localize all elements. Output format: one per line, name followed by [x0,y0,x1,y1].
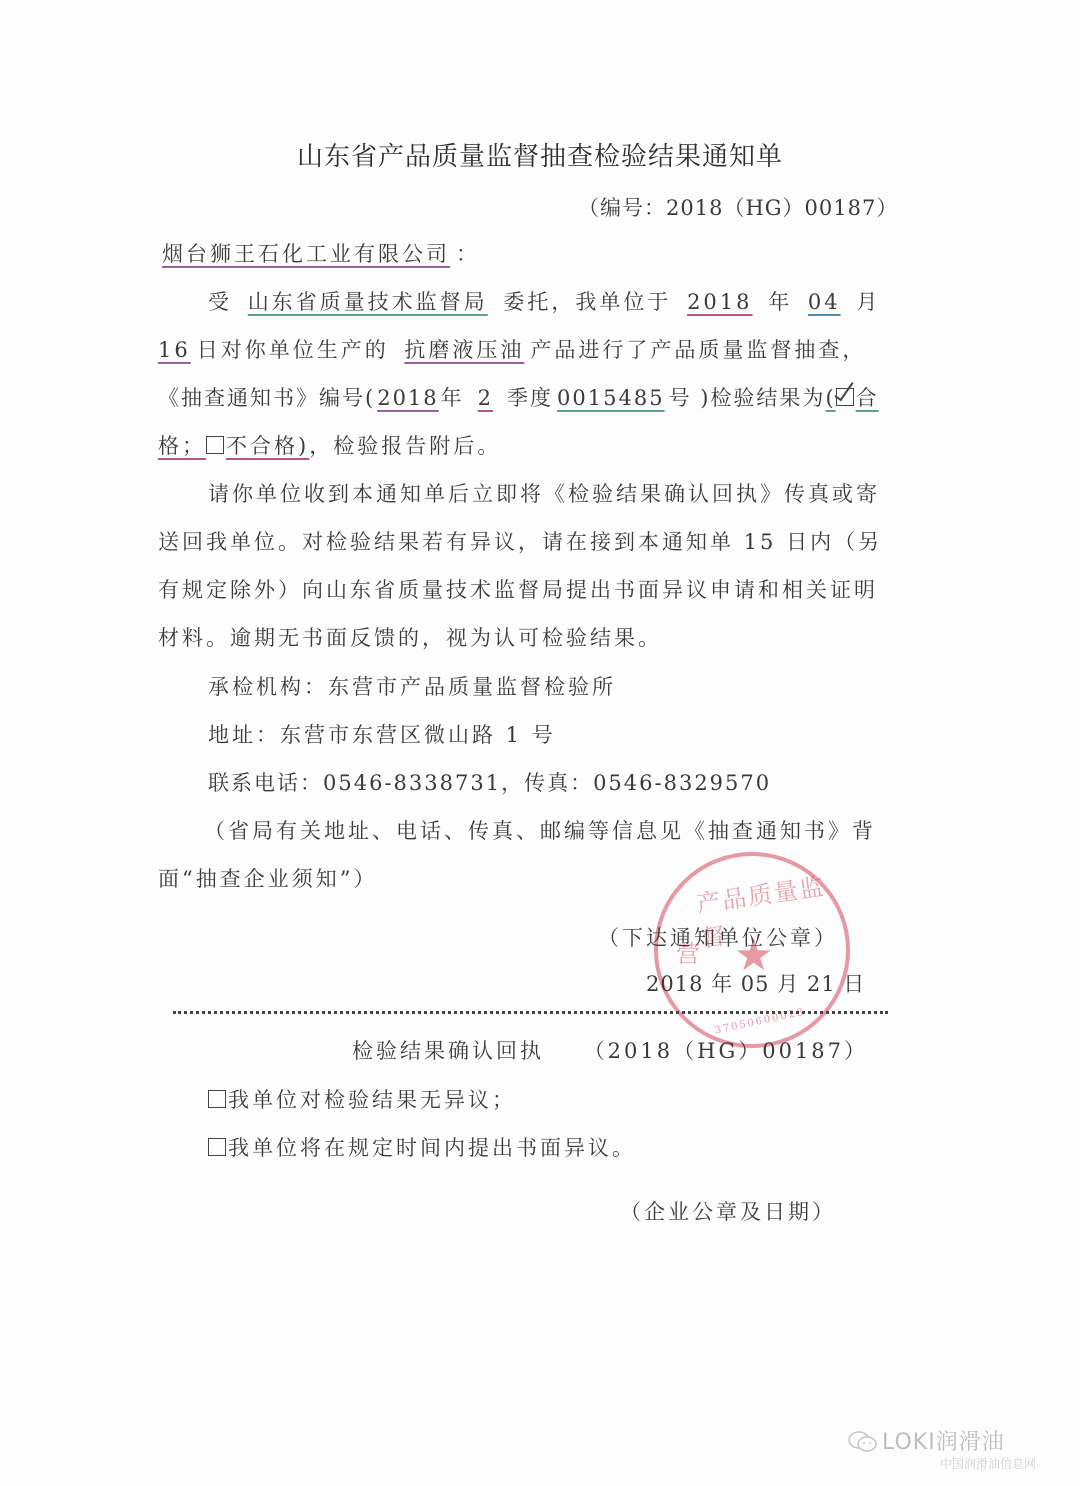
recipient-line: 烟台狮王石化工业有限公司： [158,238,480,268]
document-number: （编号：2018（HG）00187） [578,192,898,222]
paragraph1-line2: 16日对你单位生产的 抗磨液压油产品进行了产品质量监督抽查， [158,334,866,364]
tear-off-divider [173,1011,888,1014]
seal-caption: （下达通知单位公章） [598,922,838,952]
paragraph2-line1: 请你单位收到本通知单后立即将《检验结果确认回执》传真或寄 [208,478,880,508]
result-pass-option: (合 [825,386,878,410]
receipt-title-line: 检验结果确认回执 （2018（HG）00187） [352,1035,868,1065]
recipient-company: 烟台狮王石化工业有限公司 [158,242,456,266]
checkbox-icon[interactable] [208,1090,226,1108]
page-title: 山东省产品质量监督抽查检验结果通知单 [0,136,1080,173]
paragraph1-line4: 格；不合格)，检验报告附后。 [158,430,501,460]
authority-field: 山东省质量技术监督局 [242,290,494,314]
quarter-field: 2 [464,386,507,410]
institution-address: 地址：东营市东营区微山路 1 号 [208,719,556,749]
paragraph2-line3: 有规定除外）向山东省质量技术监督局提出书面异议申请和相关证明 [158,574,878,604]
watermark: LOKI润滑油 中国润滑油信息网 [848,1425,1005,1456]
receipt-title: 检验结果确认回执 [352,1039,544,1063]
contact-info: 联系电话：0546-8338731，传真：0546-8329570 [208,767,771,797]
pass-checkbox-checked-icon [836,388,854,406]
receipt-option-no-objection[interactable]: 我单位对检验结果无异议； [208,1084,516,1114]
day-field: 16 [158,338,197,362]
watermark-subtitle: 中国润滑油信息网 [940,1455,1036,1472]
paragraph2-line2: 送回我单位。对检验结果若有异议，请在接到本通知单 15 日内（另 [158,526,882,556]
receipt-number: （2018（HG）00187） [584,1039,868,1063]
paragraph1-line1: 受 山东省质量技术监督局 委托，我单位于 2018 年 04 月 [208,286,880,316]
result-fail-option: 格；不合格) [158,434,309,458]
signature-caption: （企业公章及日期） [620,1196,836,1226]
year-field: 2018 [681,290,758,314]
note-line2: 面“抽查企业须知”） [158,863,377,893]
notice-number-field: 0015485 [553,386,669,410]
document-page: 山东省产品质量监督抽查检验结果通知单 （编号：2018（HG）00187） 烟台… [0,0,1080,1486]
note-line1: （省局有关地址、电话、传真、邮编等信息见《抽查通知书》背 [204,815,876,845]
month-field: 04 [802,290,847,314]
receipt-option-objection[interactable]: 我单位将在规定时间内提出书面异议。 [208,1132,636,1162]
paragraph1-line3: 《抽查通知书》编号(2018年2季度0015485号 )检验结果为(合 [158,382,879,412]
issue-date: 2018 年 05 月 21 日 [646,968,865,998]
inspection-institution: 承检机构：东营市产品质量监督检验所 [208,671,616,701]
notice-year-field: 2018 [375,386,440,410]
wechat-icon [848,1431,878,1453]
checkbox-icon[interactable] [208,1138,226,1156]
fail-checkbox-icon [206,436,224,454]
product-field: 抗磨液压油 [398,338,530,362]
watermark-brand: LOKI润滑油 [882,1430,1005,1455]
paragraph2-line4: 材料。逾期无书面反馈的，视为认可检验结果。 [158,622,662,652]
